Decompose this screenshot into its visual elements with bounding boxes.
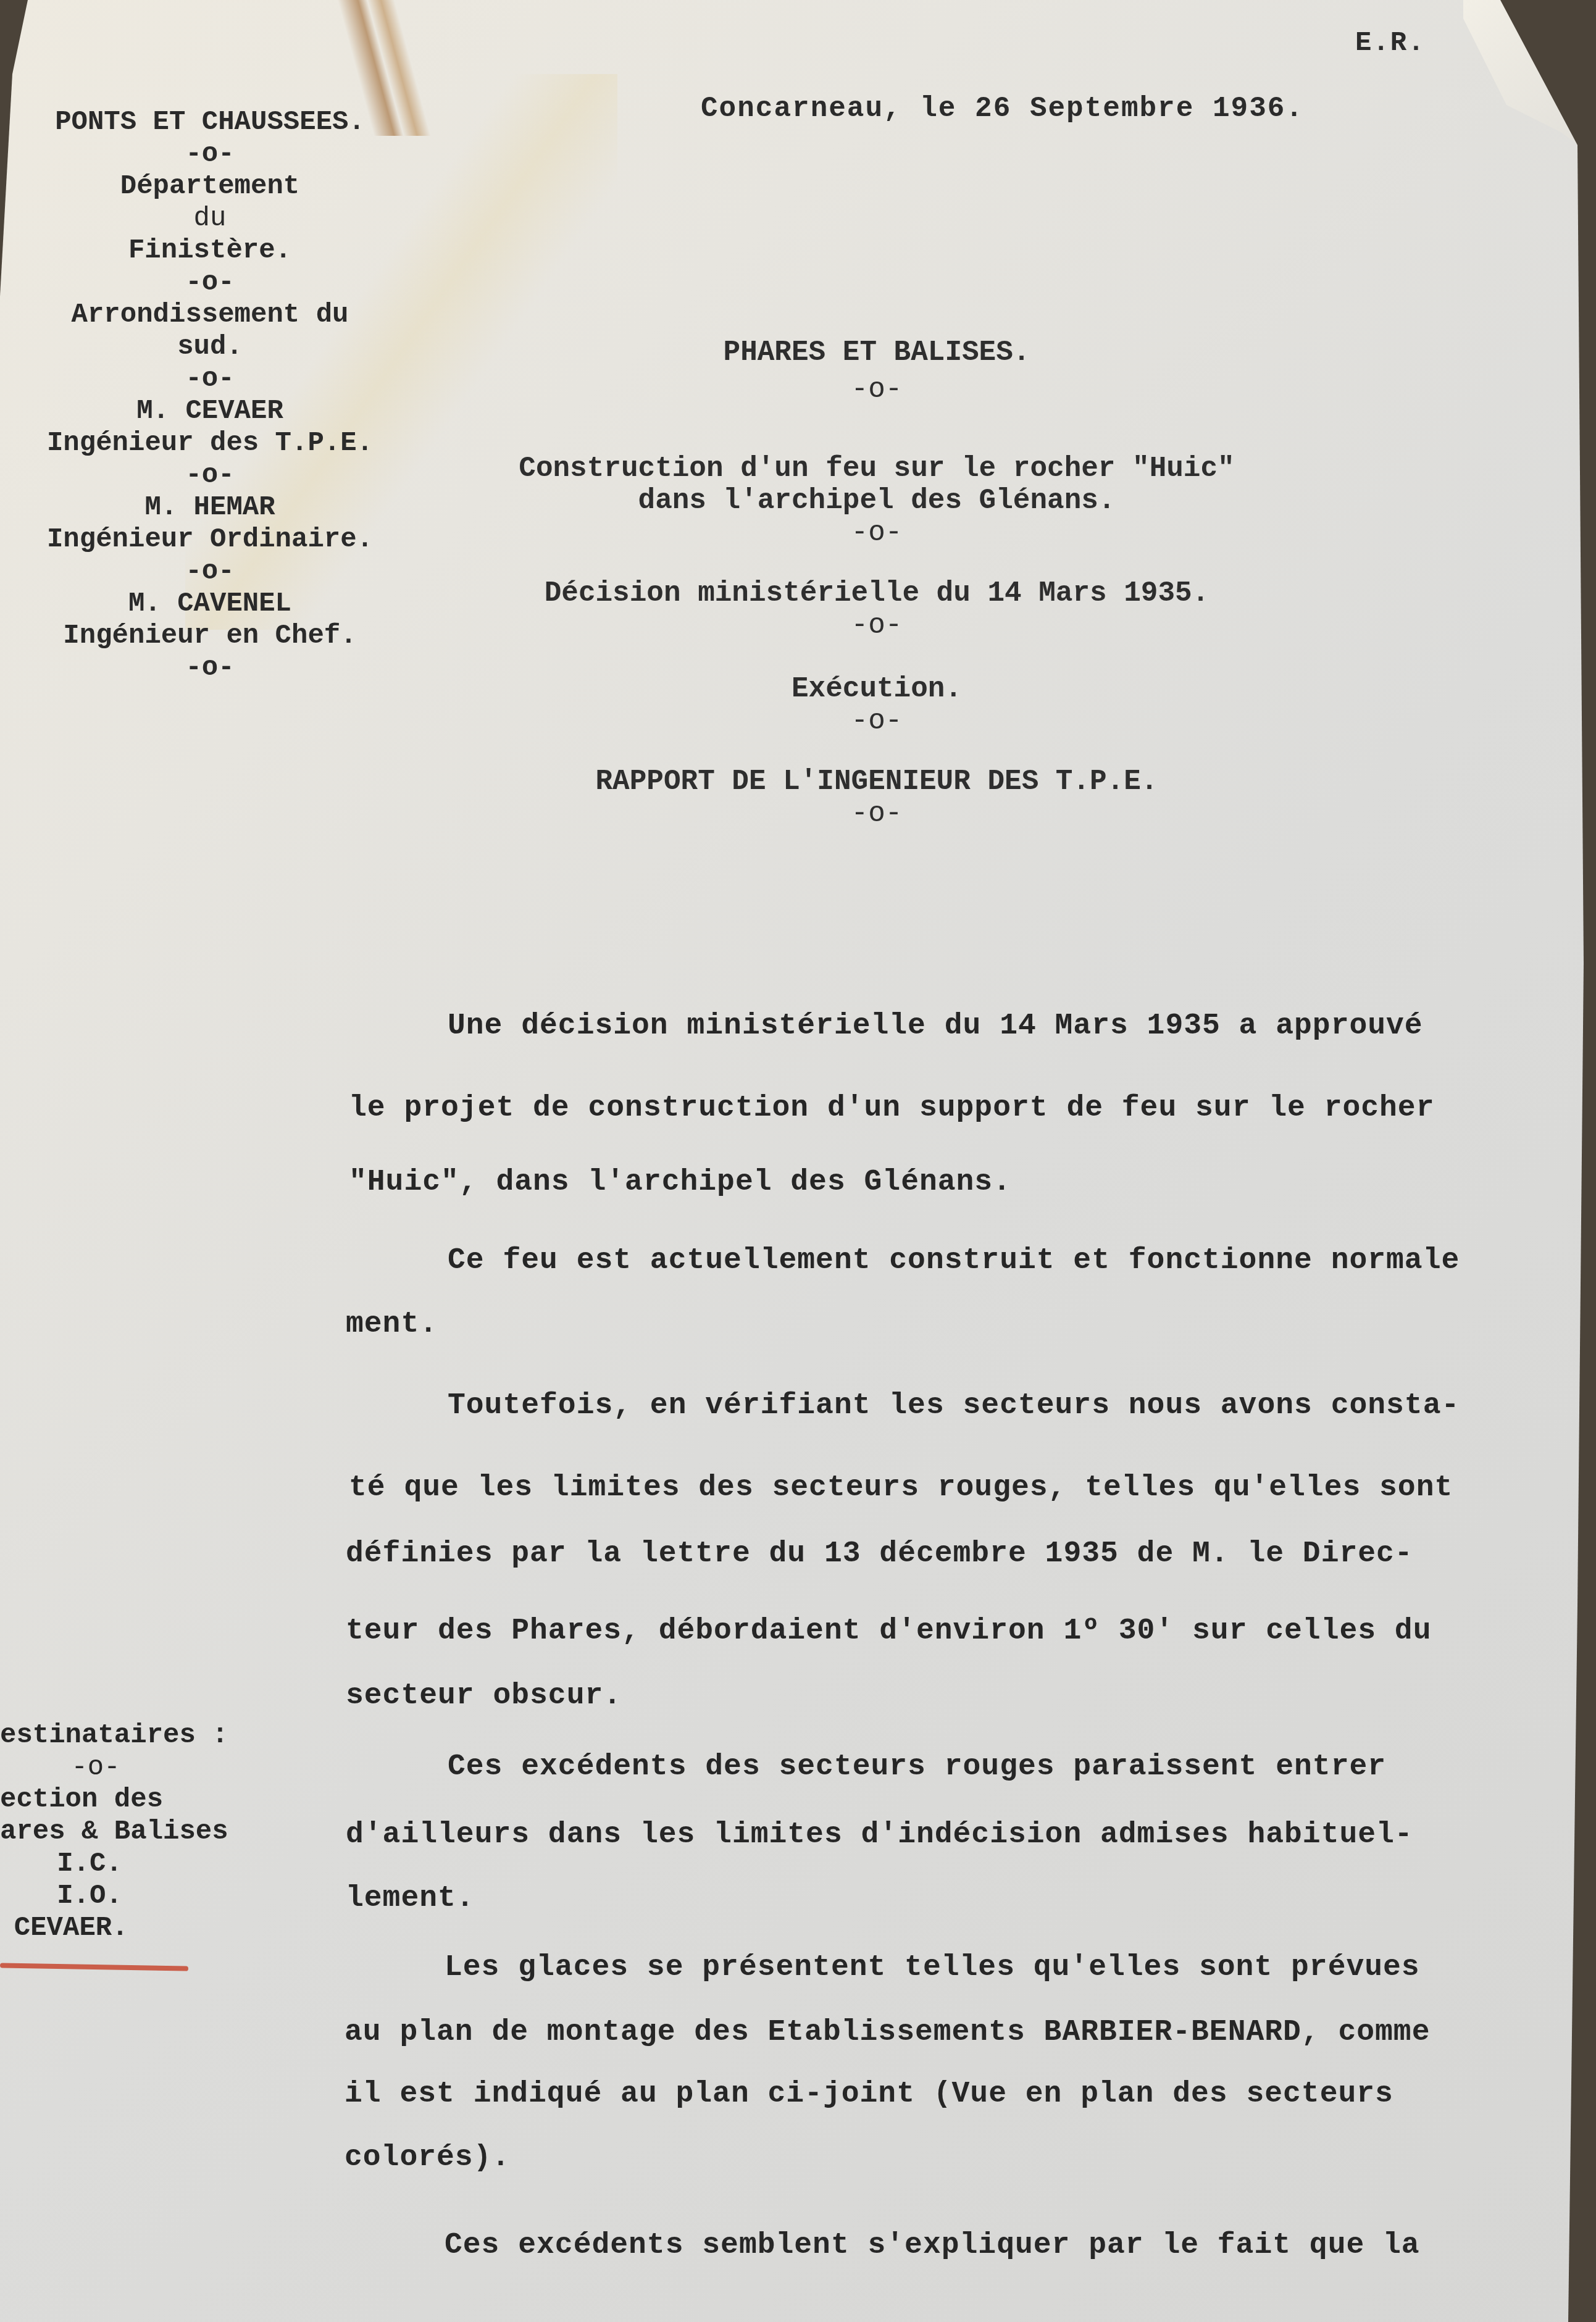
- body-line: Les glaces se présentent telles qu'elles…: [445, 1951, 1420, 1984]
- separator: -o-: [0, 1752, 290, 1784]
- sender-line: PONTS ET CHAUSSEES.: [0, 106, 420, 138]
- sender-block: PONTS ET CHAUSSEES. -o- Département du F…: [0, 106, 420, 684]
- engineer-title: Ingénieur Ordinaire.: [0, 524, 420, 556]
- body-line: au plan de montage des Etablissements BA…: [345, 2016, 1430, 2049]
- subject-line-2: dans l'archipel des Glénans.: [383, 485, 1371, 517]
- separator: -o-: [383, 517, 1371, 549]
- body-line: lement.: [346, 1882, 475, 1915]
- body-line: "Huic", dans l'archipel des Glénans.: [349, 1166, 1011, 1199]
- recipients-heading: estinataires :: [0, 1719, 290, 1752]
- body-line: il est indiqué au plan ci-joint (Vue en …: [345, 2078, 1393, 2111]
- separator: -o-: [0, 556, 420, 588]
- engineer-title: Ingénieur des T.P.E.: [0, 427, 420, 459]
- body-line: définies par la lettre du 13 décembre 19…: [346, 1537, 1413, 1571]
- separator: -o-: [0, 459, 420, 491]
- body-line: Une décision ministérielle du 14 Mars 19…: [448, 1009, 1423, 1043]
- decision-block: Décision ministérielle du 14 Mars 1935. …: [383, 577, 1371, 641]
- body-line: le projet de construction d'un support d…: [349, 1092, 1434, 1125]
- sender-line: Finistère.: [0, 235, 420, 267]
- separator: -o-: [0, 138, 420, 170]
- recipient-line: ection des: [0, 1784, 290, 1816]
- separator: -o-: [0, 267, 420, 299]
- separator: -o-: [383, 374, 1371, 406]
- body-line: secteur obscur.: [346, 1679, 622, 1713]
- body-line: Toutefois, en vérifiant les secteurs nou…: [448, 1389, 1460, 1422]
- engineer-name: M. CEVAER: [0, 395, 420, 427]
- body-line: té que les limites des secteurs rouges, …: [349, 1471, 1453, 1505]
- phase-line: Exécution.: [383, 673, 1371, 705]
- body-line: ment.: [346, 1308, 438, 1341]
- subject-block: Construction d'un feu sur le rocher "Hui…: [383, 453, 1371, 549]
- body-line: Ce feu est actuellement construit et fon…: [448, 1244, 1460, 1277]
- body-line: teur des Phares, débordaient d'environ 1…: [346, 1614, 1431, 1648]
- decision-line: Décision ministérielle du 14 Mars 1935.: [383, 577, 1371, 609]
- recipients-block: estinataires : -o- ection des ares & Bal…: [0, 1719, 290, 1944]
- body-line: colorés).: [345, 2141, 510, 2174]
- report-title: RAPPORT DE L'INGENIEUR DES T.P.E.: [383, 766, 1371, 798]
- subject-line-1: Construction d'un feu sur le rocher "Hui…: [383, 453, 1371, 485]
- separator: -o-: [383, 798, 1371, 830]
- initials: E.R.: [1355, 28, 1426, 59]
- recipient-line: I.C.: [0, 1848, 290, 1880]
- engineer-name: M. CAVENEL: [0, 588, 420, 620]
- separator: -o-: [383, 705, 1371, 737]
- service-title: PHARES ET BALISES.: [383, 336, 1371, 369]
- separator: -o-: [0, 363, 420, 395]
- body-line: Ces excédents semblent s'expliquer par l…: [445, 2229, 1420, 2262]
- sender-line: Département: [0, 170, 420, 203]
- place-date: Concarneau, le 26 Septembre 1936.: [701, 93, 1304, 125]
- separator-text: -o-: [383, 374, 1371, 406]
- separator: -o-: [0, 652, 420, 684]
- recipient-line: . CEVAER.: [0, 1912, 290, 1944]
- body-line: d'ailleurs dans les limites d'indécision…: [346, 1818, 1413, 1852]
- separator: -o-: [383, 609, 1371, 641]
- recipient-line: I.O.: [0, 1880, 290, 1912]
- phase-block: Exécution. -o-: [383, 673, 1371, 737]
- sender-line: Arrondissement du: [0, 299, 420, 331]
- body-line: Ces excédents des secteurs rouges parais…: [448, 1750, 1386, 1784]
- engineer-name: M. HEMAR: [0, 491, 420, 524]
- sender-line: sud.: [0, 331, 420, 363]
- recipient-line: ares & Balises: [0, 1816, 290, 1848]
- engineer-title: Ingénieur en Chef.: [0, 620, 420, 652]
- sender-line: du: [0, 203, 420, 235]
- service-heading: PHARES ET BALISES.: [383, 336, 1371, 369]
- report-title-block: RAPPORT DE L'INGENIEUR DES T.P.E. -o-: [383, 766, 1371, 830]
